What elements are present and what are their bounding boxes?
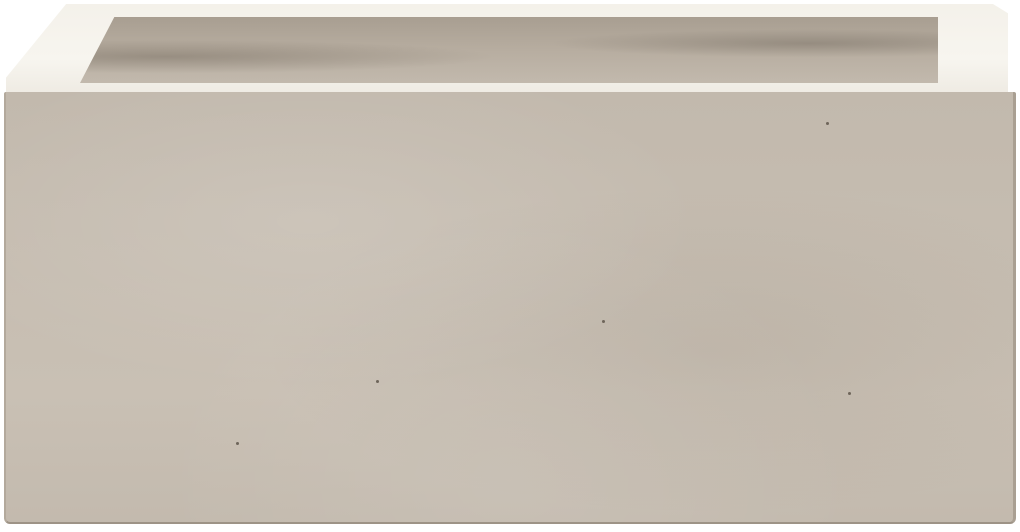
- surface-speck: [848, 392, 851, 395]
- surface-speck: [602, 320, 605, 323]
- concrete-planter: [0, 0, 1020, 532]
- planter-front-face: [4, 92, 1016, 524]
- planter-cavity: [80, 17, 938, 83]
- surface-speck: [826, 122, 829, 125]
- surface-speck: [376, 380, 379, 383]
- surface-speck: [236, 442, 239, 445]
